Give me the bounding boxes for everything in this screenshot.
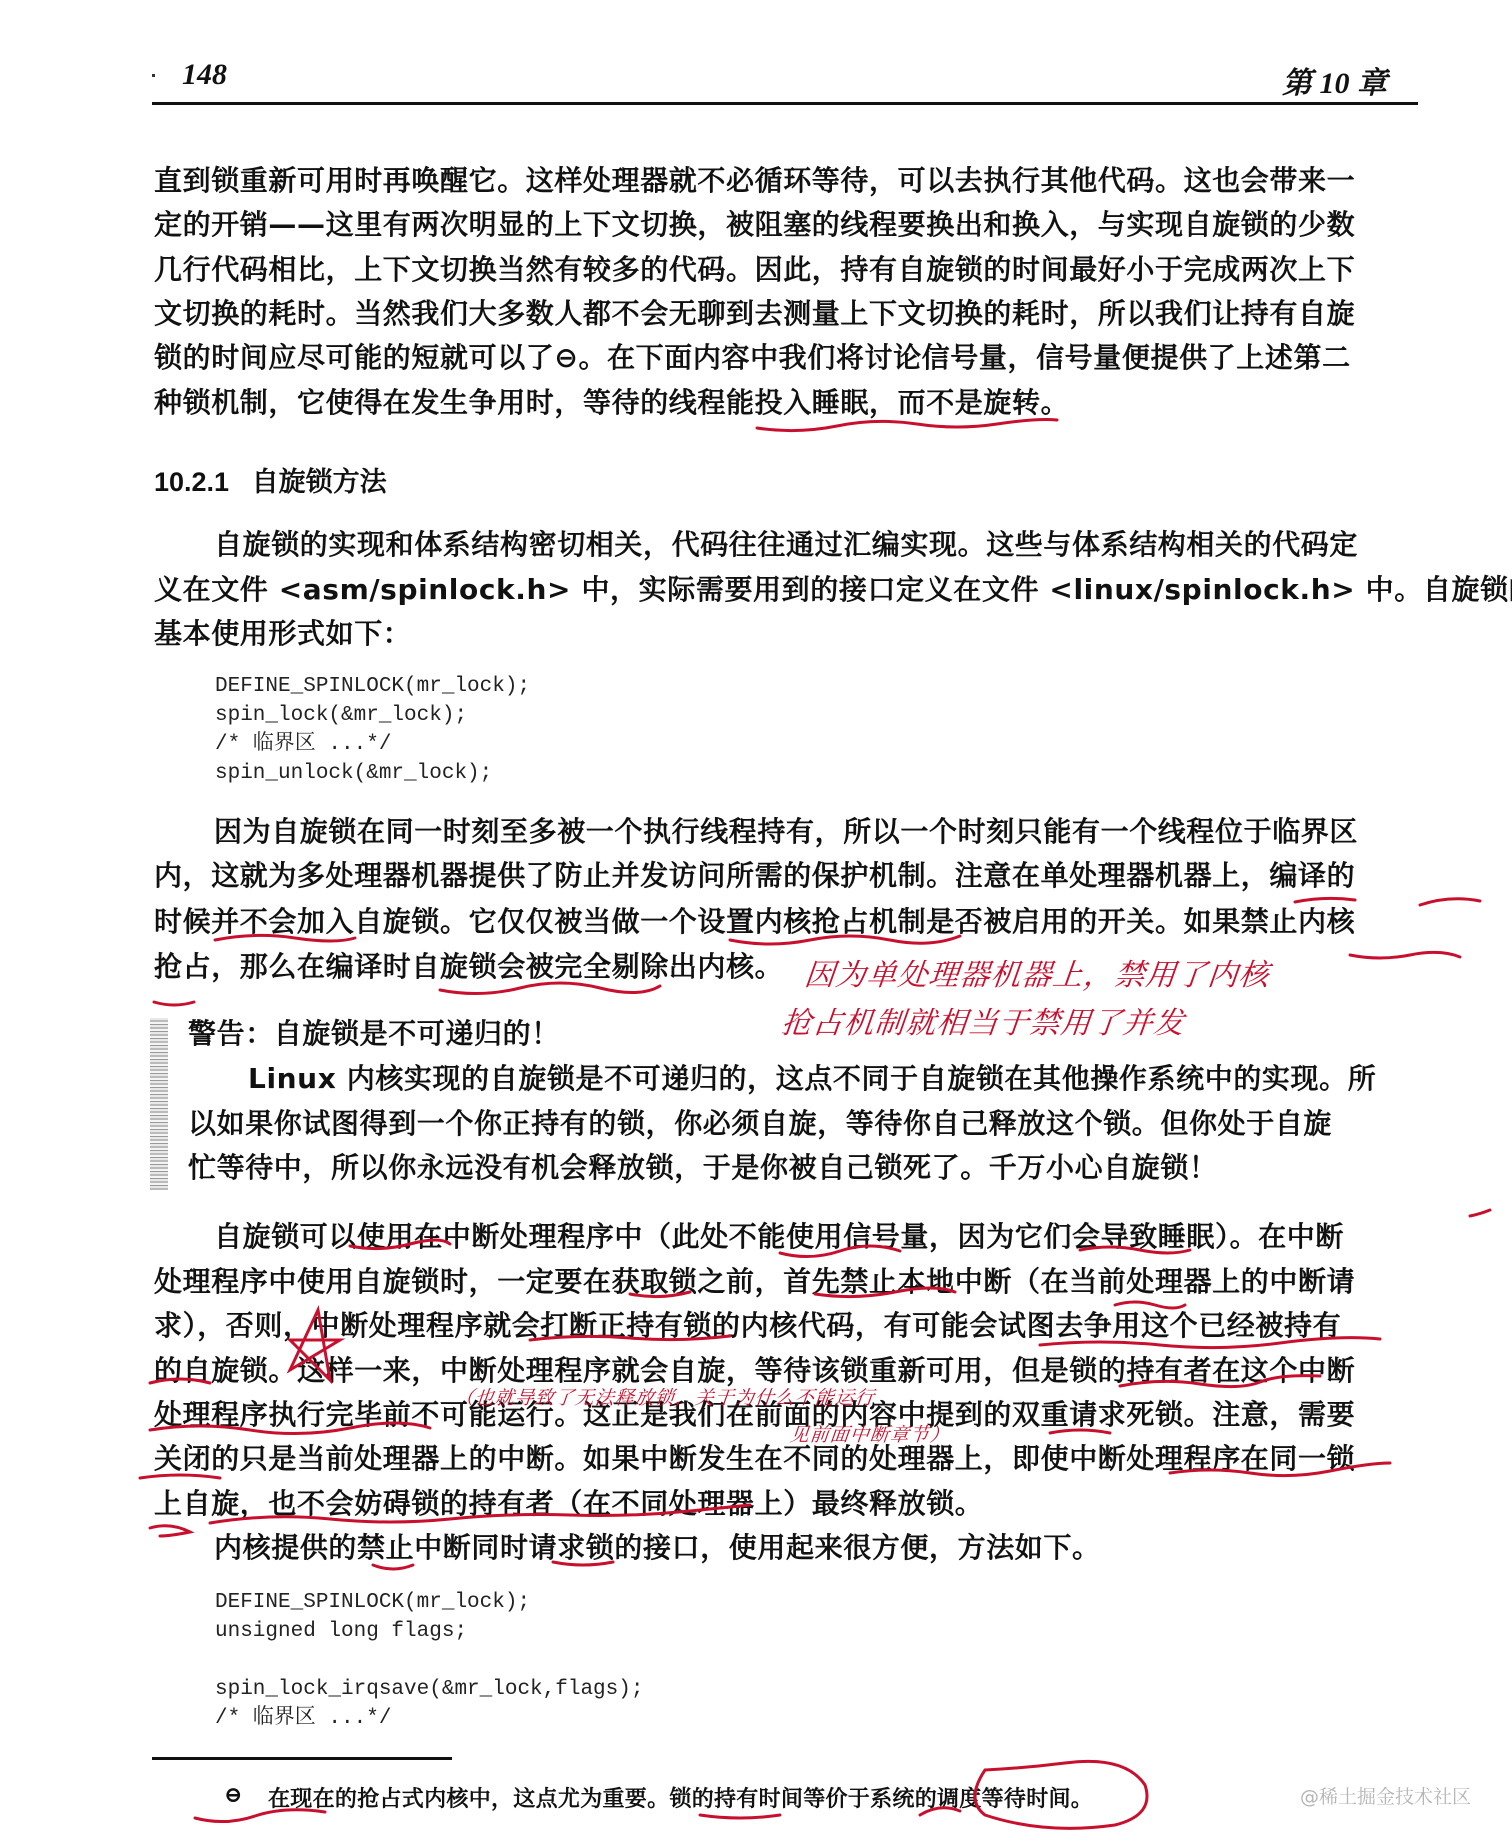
paragraph-line: 内核提供的禁止中断同时请求锁的接口，使用起来很方便，方法如下。 [214,1530,1101,1566]
paragraph-line: 关闭的只是当前处理器上的中断。如果中断发生在不同的处理器上，即使中断处理程序在同… [154,1441,1355,1477]
code-line: unsigned long flags; [215,1618,467,1646]
intro-line: 定的开销——这里有两次明显的上下文切换，被阻塞的线程要换出和换入，与实现自旋锁的… [154,207,1355,243]
chapter-label: 第 10 章 [1282,58,1387,102]
paragraph-line: 因为自旋锁在同一时刻至多被一个执行线程持有，所以一个时刻只能有一个线程位于临界区 [214,814,1358,850]
code-line: /* 临界区 ...*/ [215,1705,391,1733]
paragraph-line: 求），否则，中断处理程序就会打断正持有锁的内核代码，有可能会试图去争用这个已经被… [154,1308,1341,1344]
paragraph-line: 自旋锁的实现和体系结构密切相关，代码往往通过汇编实现。这些与体系结构相关的代码定 [214,527,1358,563]
paragraph-line: 抢占，那么在编译时自旋锁会被完全剔除出内核。 [154,949,783,985]
intro-line: 直到锁重新可用时再唤醒它。这样处理器就不必循环等待，可以去执行其他代码。这也会带… [154,163,1355,199]
header-rule [152,102,1418,105]
paragraph-line: 基本使用形式如下： [154,616,411,652]
paragraph-line: 自旋锁可以使用在中断处理程序中（此处不能使用信号量，因为它们会导致睡眠）。在中断 [214,1219,1344,1255]
footnote-text: 在现在的抢占式内核中，这点尤为重要。锁的持有时间等价于系统的调度等待时间。 [268,1782,1093,1813]
code-line: /* 临界区 ...*/ [215,731,391,759]
handwritten-note: （也就导致了无法释放锁，关于为什么不能运行 [454,1383,877,1410]
watermark: @稀土掘金技术社区 [1300,1782,1471,1809]
page-number: 148 [182,58,227,92]
intro-line: 种锁机制，它使得在发生争用时，等待的线程能投入睡眠，而不是旋转。 [154,385,1069,421]
handwritten-note: 因为单处理器机器上，禁用了内核 [803,950,1273,994]
footnote-marker: ⊖ [224,1782,242,1808]
intro-line: 几行代码相比，上下文切换当然有较多的代码。因此，持有自旋锁的时间最好小于完成两次… [154,252,1355,288]
paragraph-line: 处理程序中使用自旋锁时，一定要在获取锁之前，首先禁止本地中断（在当前处理器上的中… [154,1264,1355,1300]
section-heading: 10.2.1 自旋锁方法 [154,460,387,499]
code-line: DEFINE_SPINLOCK(mr_lock); [215,673,530,701]
warning-line: Linux 内核实现的自旋锁是不可递归的，这点不同于自旋锁在其他操作系统中的实现… [248,1061,1376,1097]
section-title: 自旋锁方法 [252,467,387,497]
code-line: DEFINE_SPINLOCK(mr_lock); [215,1589,530,1617]
warning-line: 以如果你试图得到一个你正持有的锁，你必须自旋，等待你自己释放这个锁。但你处于自旋 [188,1106,1332,1142]
intro-line: 锁的时间应尽可能的短就可以了⊖。在下面内容中我们将讨论信号量，信号量便提供了上述… [154,340,1351,376]
warning-title: 警告：自旋锁是不可递归的！ [188,1016,560,1052]
warning-sidebar-bar [150,1018,168,1190]
section-number: 10.2.1 [154,467,229,497]
code-line: spin_lock(&mr_lock); [215,702,467,730]
code-line: spin_unlock(&mr_lock); [215,760,492,788]
footnote-rule [152,1757,452,1760]
paragraph-line: 时候并不会加入自旋锁。它仅仅被当做一个设置内核抢占机制是否被启用的开关。如果禁止… [154,904,1355,940]
paragraph-line: 上自旋，也不会妨碍锁的持有者（在不同处理器上）最终释放锁。 [154,1486,983,1522]
handwritten-note: 抢占机制就相当于禁用了并发 [780,998,1188,1042]
warning-line: 忙等待中，所以你永远没有机会释放锁，于是你被自己锁死了。千万小心自旋锁！ [188,1150,1218,1186]
intro-line: 文切换的耗时。当然我们大多数人都不会无聊到去测量上下文切换的耗时，所以我们让持有… [154,296,1355,332]
paragraph-line: 内，这就为多处理器机器提供了防止并发访问所需的保护机制。注意在单处理器机器上，编… [154,858,1355,894]
handwritten-note: 见前面中断章节） [789,1420,952,1447]
paragraph-line: 义在文件 <asm/spinlock.h> 中，实际需要用到的接口定义在文件 <… [154,572,1512,608]
code-line: spin_lock_irqsave(&mr_lock,flags); [215,1676,643,1704]
scan-speck [152,74,155,77]
